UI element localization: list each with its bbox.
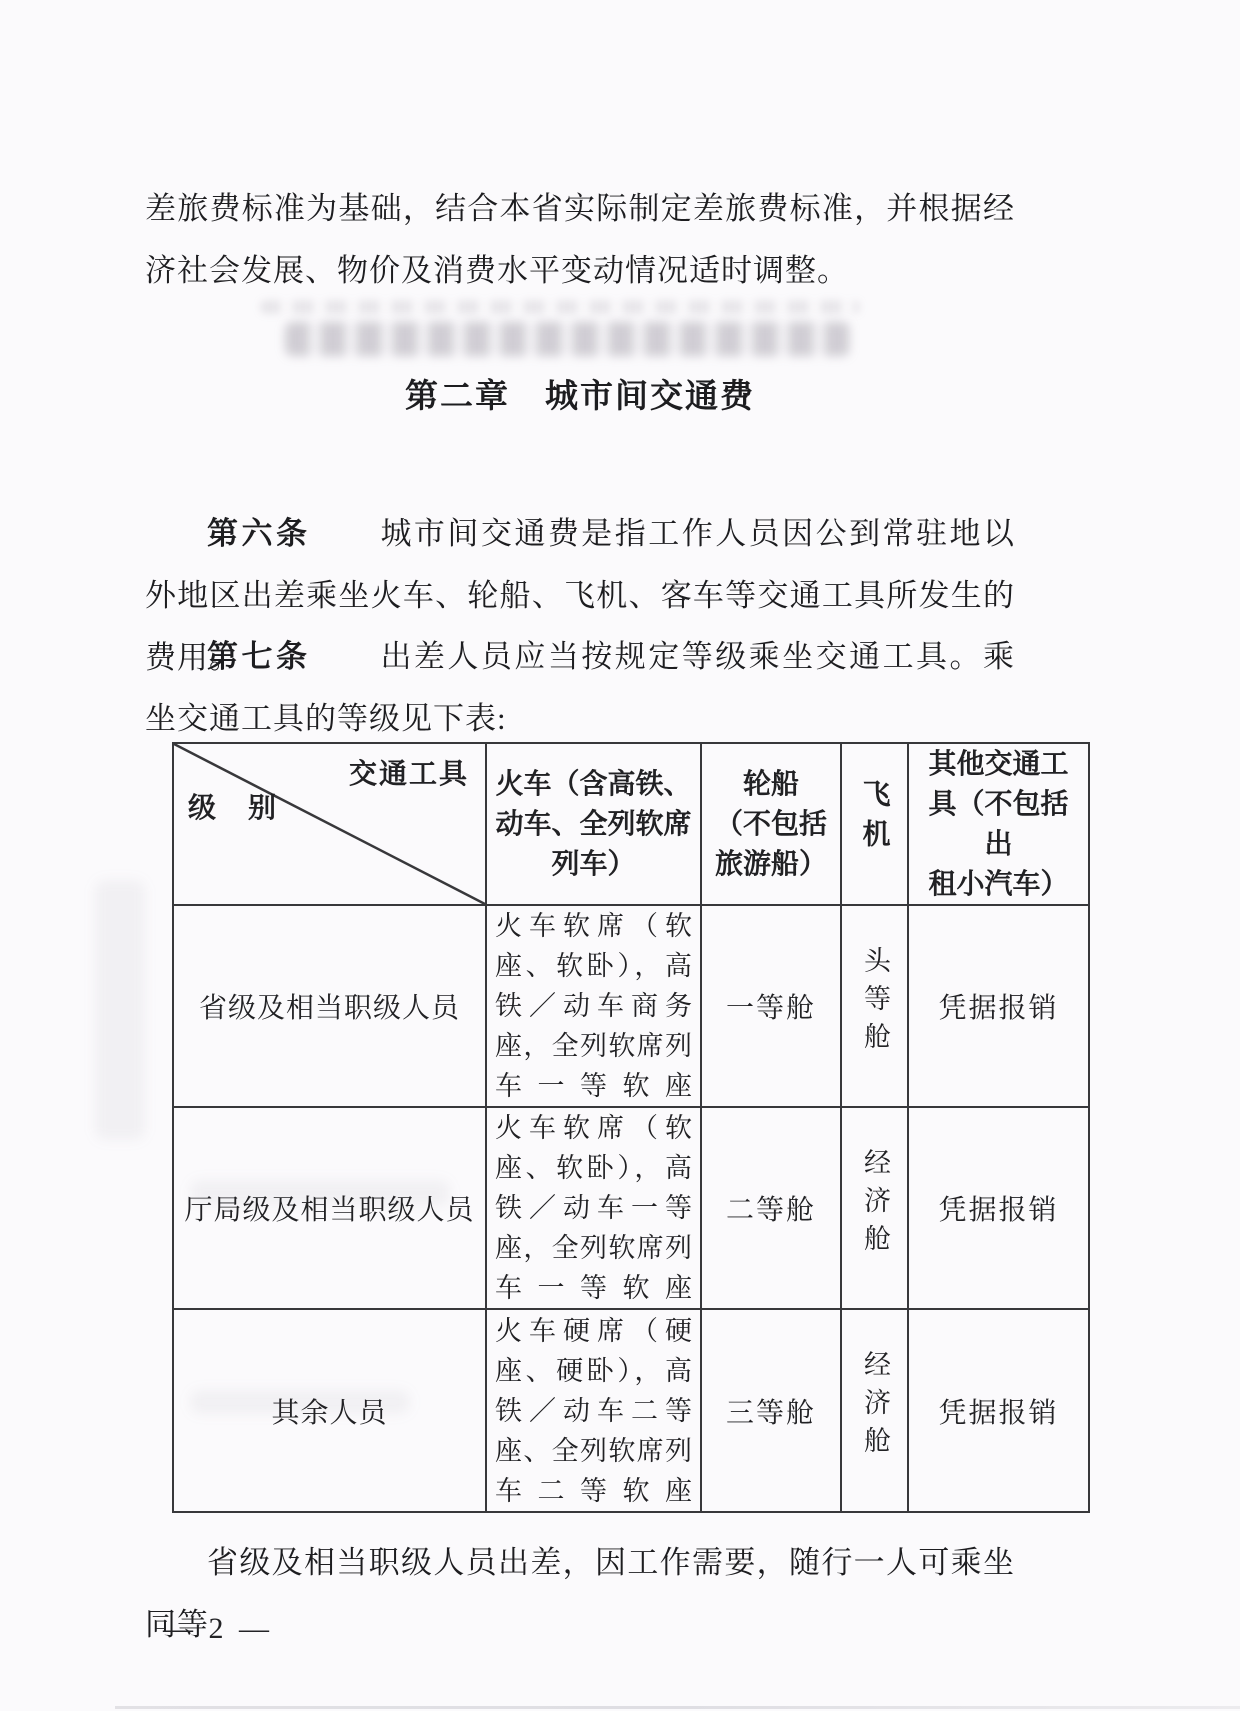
article-7: 第七条出差人员应当按规定等级乘坐交通工具。乘坐交通工具的等级见下表: [145,626,1015,750]
ship-cell: 三等舱 [701,1309,841,1512]
header-corner-cell: 交通工具 级 别 [173,743,486,905]
train-cell: 火车硬席（硬 座、硬卧），高 铁／动车二等 座、全列软席列 车二等软座 [486,1309,701,1512]
scan-edge-artifact [115,1706,1240,1709]
header-corner-transport-label: 交通工具 [349,754,469,794]
level-cell: 厅局级及相当职级人员 [173,1107,486,1309]
table-row-bureau: 厅局级及相当职级人员 火车软席（软 座、软卧），高 铁／动车一等 座，全列软席列… [173,1107,1089,1309]
other-cell: 凭据报销 [908,1107,1089,1309]
transport-grade-table: 交通工具 级 别 火车（含高铁、 动车、全列软席 列车） 轮船 （不包括 旅游船… [172,742,1090,1513]
intro-paragraph: 差旅费标准为基础，结合本省实际制定差旅费标准，并根据经济社会发展、物价及消费水平… [145,178,1015,302]
scanned-document-page: { "page": { "intro_paragraph": "差旅费标准为基础… [0,0,1240,1711]
table-row-others: 其余人员 火车硬席（硬 座、硬卧），高 铁／动车二等 座、全列软席列 车二等软座… [173,1309,1089,1512]
train-cell: 火车软席（软 座、软卧），高 铁／动车商务 座，全列软席列 车一等软座 [486,905,701,1107]
header-corner-level-label: 级 别 [188,788,278,828]
bleedthrough-artifact [260,300,860,314]
chapter-heading: 第二章 城市间交通费 [145,374,1015,418]
article-6-label: 第六条 [207,516,310,551]
plane-class-label: 经济舱 [861,1350,888,1464]
page-number: — 2 — [163,1612,273,1646]
plane-cell: 头等舱 [841,905,908,1107]
header-train: 火车（含高铁、 动车、全列软席 列车） [486,743,701,905]
bleedthrough-artifact [285,322,850,356]
ship-cell: 一等舱 [701,905,841,1107]
article-7-label: 第七条 [207,639,310,674]
plane-cell: 经济舱 [841,1309,908,1512]
table-row-provincial: 省级及相当职级人员 火车软席（软 座、软卧），高 铁／动车商务 座，全列软席列 … [173,905,1089,1107]
header-plane-label: 飞机 [861,779,889,859]
train-cell: 火车软席（软 座、软卧），高 铁／动车一等 座，全列软席列 车一等软座 [486,1107,701,1309]
level-cell: 省级及相当职级人员 [173,905,486,1107]
closing-paragraph: 省级及相当职级人员出差，因工作需要，随行一人可乘坐同等 [145,1532,1015,1656]
ship-cell: 二等舱 [701,1107,841,1309]
plane-class-label: 头等舱 [861,946,888,1060]
header-other: 其他交通工 具（不包括出 租小汽车） [908,743,1089,905]
plane-cell: 经济舱 [841,1107,908,1309]
other-cell: 凭据报销 [908,905,1089,1107]
bleedthrough-artifact [95,880,145,1140]
other-cell: 凭据报销 [908,1309,1089,1512]
level-cell: 其余人员 [173,1309,486,1512]
header-ship: 轮船 （不包括 旅游船） [701,743,841,905]
table-header-row: 交通工具 级 别 火车（含高铁、 动车、全列软席 列车） 轮船 （不包括 旅游船… [173,743,1089,905]
plane-class-label: 经济舱 [861,1148,888,1262]
header-plane: 飞机 [841,743,908,905]
